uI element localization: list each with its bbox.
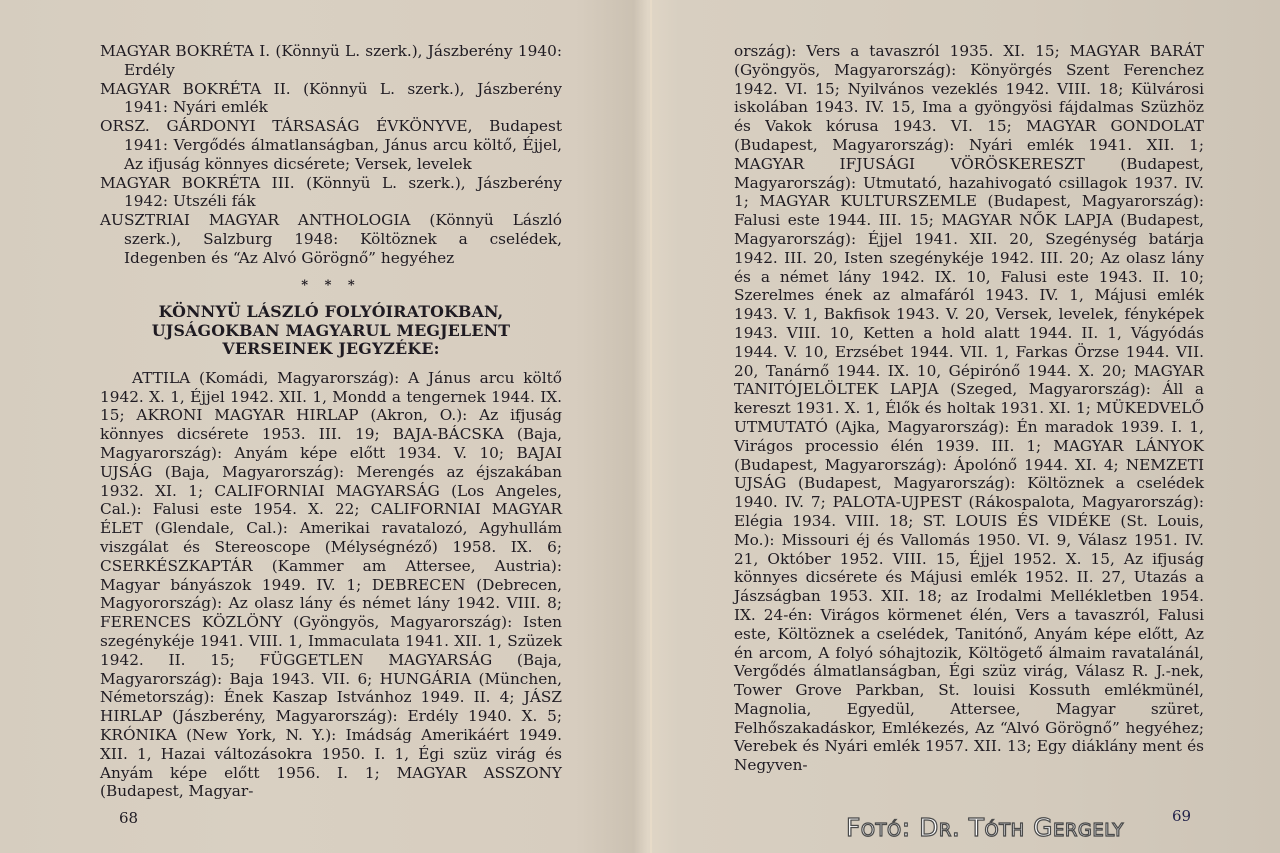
right-page-number: 69 bbox=[1172, 807, 1191, 825]
photo-credit-watermark: Fotó: Dr. Tóth Gergely bbox=[846, 813, 1124, 842]
anthology-entry: MAGYAR BOKRÉTA I. (Könnyü L. szerk.), Já… bbox=[100, 42, 562, 80]
anthology-entry: AUSZTRIAI MAGYAR ANTHOLOGIA (Könnyü Lász… bbox=[100, 211, 562, 267]
continued-body-text: ország): Vers a tavaszról 1935. XI. 15; … bbox=[734, 42, 1204, 775]
section-separator: * * * bbox=[100, 277, 562, 296]
section-heading: KÖNNYÜ LÁSZLÓ FOLYÓIRATOKBAN, UJSÁGOKBAN… bbox=[100, 303, 562, 359]
left-page-number: 68 bbox=[119, 809, 138, 827]
anthology-entry: ORSZ. GÁRDONYI TÁRSASÁG ÉVKÖNYVE, Budape… bbox=[100, 117, 562, 173]
section-body-text: ATTILA (Komádi, Magyarország): A Jánus a… bbox=[100, 369, 562, 801]
right-page: ország): Vers a tavaszról 1935. XI. 15; … bbox=[734, 42, 1204, 775]
left-page: MAGYAR BOKRÉTA I. (Könnyü L. szerk.), Já… bbox=[100, 42, 562, 801]
book-gutter bbox=[650, 0, 652, 853]
anthology-entry: MAGYAR BOKRÉTA III. (Könnyü L. szerk.), … bbox=[100, 174, 562, 212]
anthology-entry: MAGYAR BOKRÉTA II. (Könnyü L. szerk.), J… bbox=[100, 80, 562, 118]
open-book-spread: MAGYAR BOKRÉTA I. (Könnyü L. szerk.), Já… bbox=[0, 0, 1280, 853]
